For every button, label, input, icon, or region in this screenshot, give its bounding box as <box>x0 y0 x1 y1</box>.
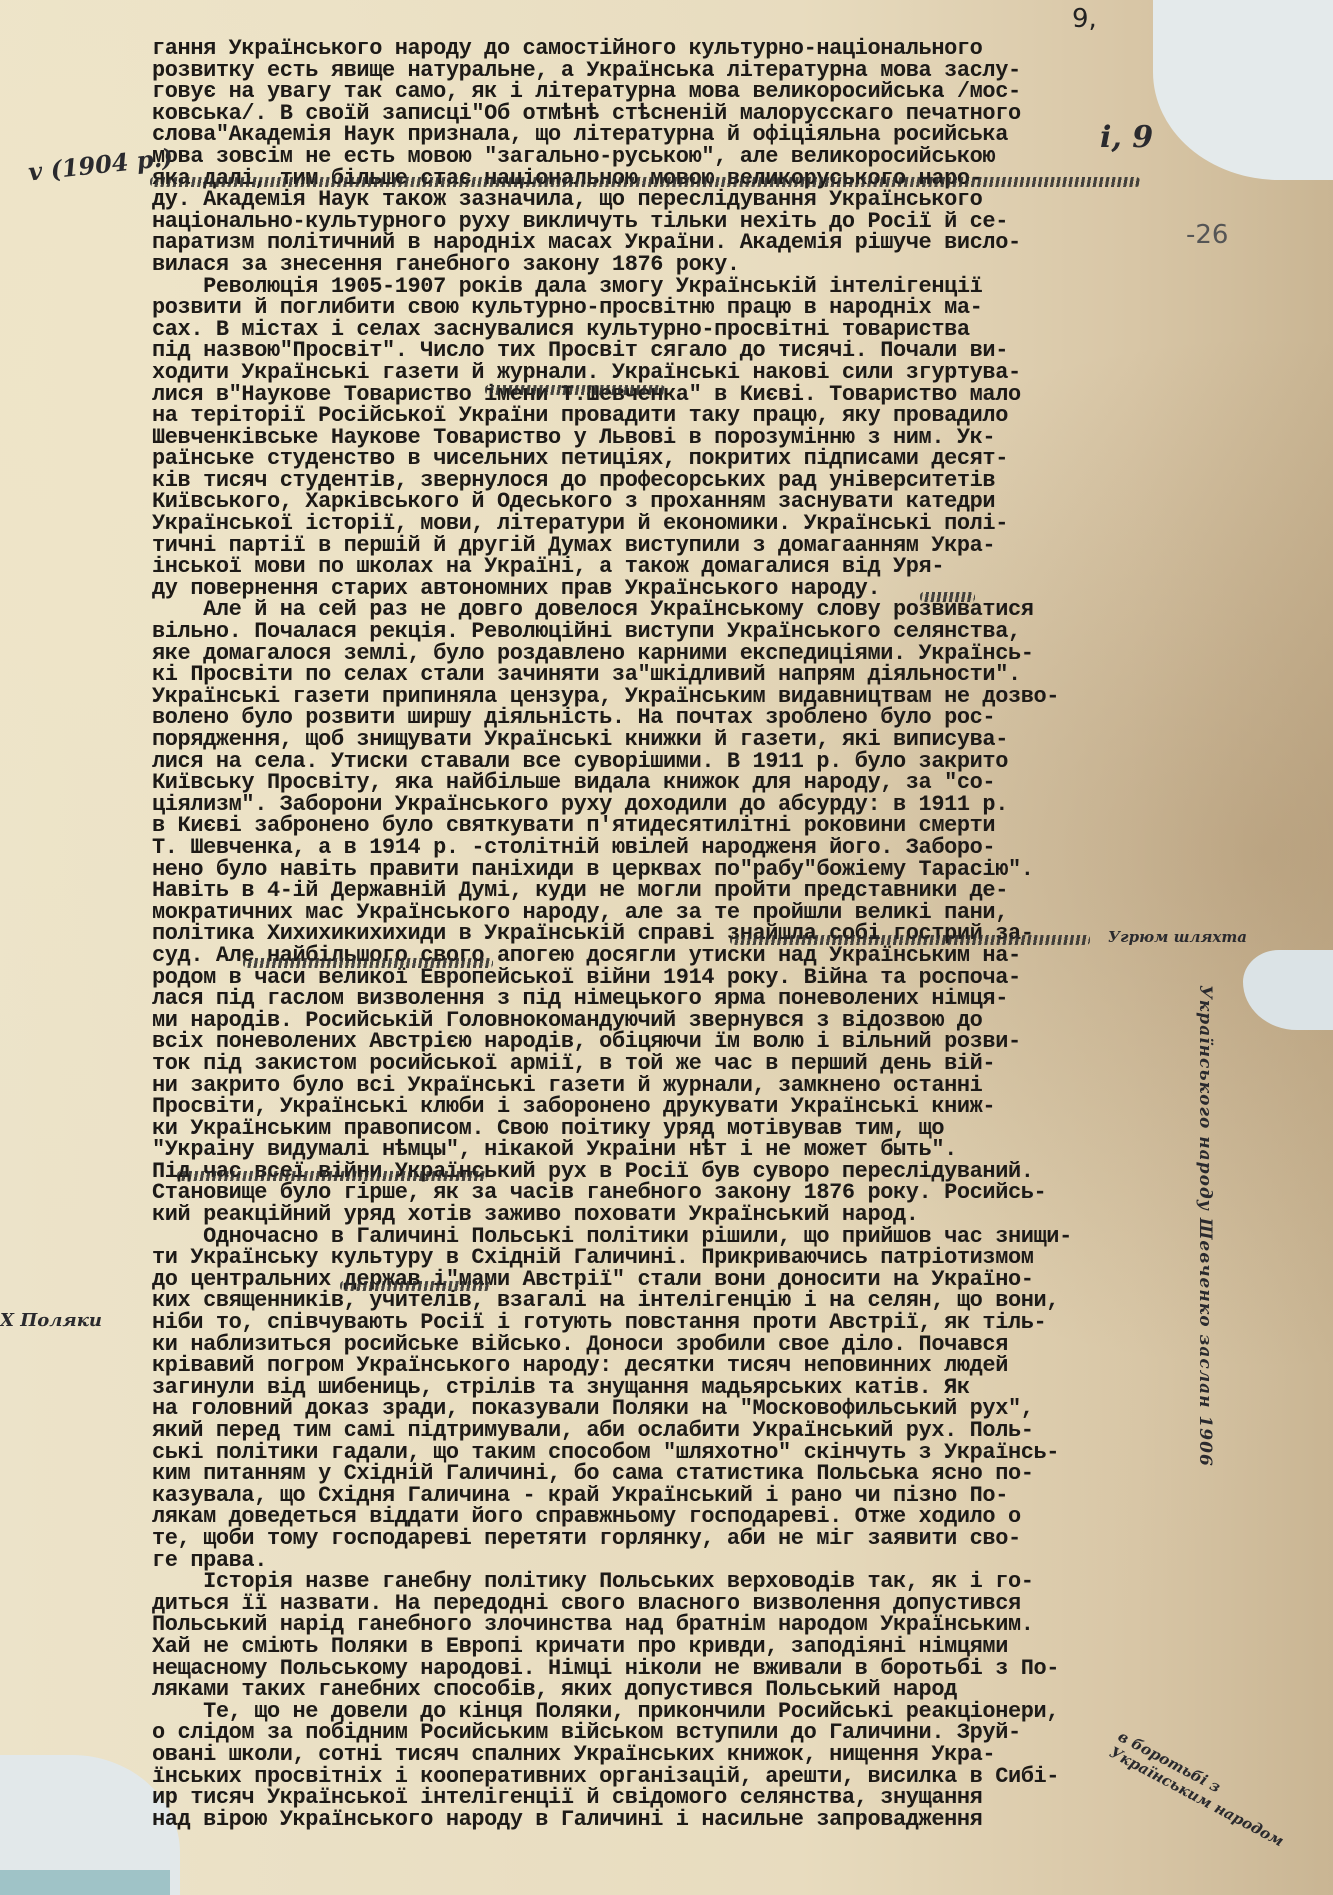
strikethrough-line <box>340 1281 490 1291</box>
handwritten-note-left-mid: X Поляки <box>0 1310 102 1331</box>
strikethrough-line <box>920 592 975 602</box>
strikethrough-line <box>177 1171 487 1181</box>
strikethrough-line <box>150 177 1140 187</box>
text-line: те, щоби тому господареві перетяти горля… <box>152 1528 1142 1550</box>
handwritten-note-right-mid: Угрюм шляхта <box>1108 928 1247 946</box>
strikethrough-line <box>243 958 493 968</box>
document-page: 9, -26 гання Українського народу до само… <box>0 0 1333 1895</box>
archive-number: -26 <box>1186 220 1228 250</box>
handwritten-note-right-vertical: Українського народу Шевченко заслан 1906 <box>1195 985 1215 1467</box>
torn-corner-top-right <box>1153 0 1333 180</box>
strikethrough-line <box>730 935 1090 945</box>
page-number: 9, <box>1072 4 1097 34</box>
text-line: над вірою Українського народу в Галичині… <box>152 1809 1142 1831</box>
handwritten-note-right-top: і, 9 <box>1100 120 1153 155</box>
strikethrough-line <box>485 385 665 395</box>
torn-edge-right <box>1243 950 1333 1030</box>
torn-corner-bottom-left-shadow <box>0 1870 170 1895</box>
